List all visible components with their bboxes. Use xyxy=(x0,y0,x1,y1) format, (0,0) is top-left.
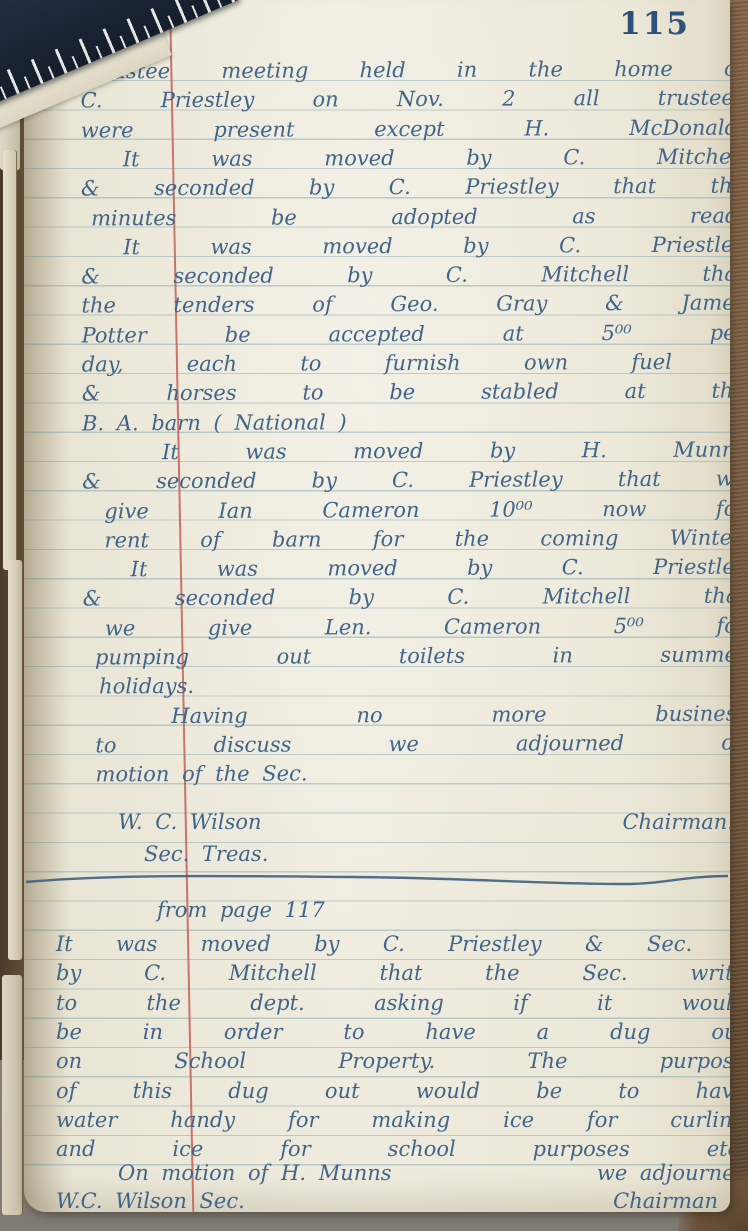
handwritten-line: B. A. barn ( National ) xyxy=(82,407,730,440)
handwritten-line: be in order to have a dug out xyxy=(56,1018,730,1048)
handwritten-line: It was moved by C. Priestley & Sec. – xyxy=(56,930,730,960)
handwritten-line: It was moved by C. Priestley xyxy=(83,553,730,586)
handwritten-line: Potter be accepted at 5⁰⁰ per xyxy=(82,319,730,352)
handwritten-line: & seconded by C. Priestley that we xyxy=(82,465,730,498)
minutes-text-block: Trustee meeting held in the home ofC. Pr… xyxy=(80,55,730,798)
chairman-signature-line: Chairman. xyxy=(622,810,730,834)
signature-row-bottom: W.C. Wilson Sec. Chairman xyxy=(56,1189,730,1212)
handwritten-line: we give Len. Cameron 5⁰⁰ for xyxy=(83,612,730,645)
handwritten-line: Having no more business xyxy=(83,700,730,733)
handwritten-line: the tenders of Geo. Gray & James xyxy=(81,289,730,322)
signature-row: W. C. Wilson Chairman. xyxy=(82,810,730,834)
page-stack-edge xyxy=(3,150,16,570)
handwritten-line: & horses to be stabled at the xyxy=(82,377,730,410)
section-divider-line xyxy=(24,862,730,894)
photo-of-minute-book: { "page": { "number": "115", "ink_color"… xyxy=(0,0,748,1231)
chairman-signature-bottom: Chairman xyxy=(613,1189,718,1212)
handwritten-line: It was moved by C. Priestley xyxy=(81,231,730,264)
handwritten-line: C. Priestley on Nov. 2 all trustees xyxy=(81,84,730,117)
secretary-signature-bottom: W.C. Wilson Sec. xyxy=(56,1189,245,1212)
secretary-signature: W. C. Wilson xyxy=(118,810,262,834)
handwritten-line: water handy for making ice for curling xyxy=(56,1106,730,1136)
handwritten-line: on School Property. The purpose xyxy=(56,1047,730,1077)
handwritten-line: It was moved by H. Munns xyxy=(82,436,730,469)
handwritten-line: motion of the Sec. xyxy=(83,758,730,791)
handwritten-line: to discuss we adjourned on xyxy=(83,729,730,762)
adjournment-motion: On motion of H. Munns xyxy=(118,1161,392,1185)
handwritten-line: holidays. xyxy=(83,670,730,703)
handwritten-line: to the dept. asking if it would xyxy=(56,989,730,1019)
handwritten-line: Trustee meeting held in the home of xyxy=(80,55,730,88)
handwritten-line: It was moved by C. Mitchell xyxy=(81,143,730,176)
handwritten-line: & seconded by C. Priestley that the xyxy=(81,172,730,205)
carryover-heading: from page 117 xyxy=(157,898,325,922)
adjournment-note: we adjourned xyxy=(597,1161,730,1185)
notebook-page: 115 Trustee meeting held in the home ofC… xyxy=(24,0,730,1212)
page-number: 115 xyxy=(619,6,690,42)
page-surface: 115 Trustee meeting held in the home ofC… xyxy=(24,0,730,1212)
handwritten-line: rent of barn for the coming Winter. xyxy=(82,524,730,557)
carryover-text-block: It was moved by C. Priestley & Sec. –by … xyxy=(56,930,730,1180)
handwritten-line: were present except H. McDonald. xyxy=(81,114,730,147)
handwritten-line: minutes be adopted as read. xyxy=(81,202,730,235)
handwritten-line: day, each to furnish own fuel – xyxy=(82,348,730,381)
handwritten-line: pumping out toilets in summer xyxy=(83,641,730,674)
handwritten-line: & seconded by C. Mitchell that xyxy=(81,260,730,293)
handwritten-line: give Ian Cameron 10⁰⁰ now for xyxy=(82,495,730,528)
handwritten-line: & seconded by C. Mitchell that xyxy=(83,582,730,615)
adjournment-row: On motion of H. Munns we adjourned xyxy=(56,1161,730,1185)
handwritten-line: by C. Mitchell that the Sec. write xyxy=(56,959,730,989)
handwritten-line: of this dug out would be to have xyxy=(56,1077,730,1107)
page-stack-edge xyxy=(8,560,22,960)
page-stack-edge xyxy=(2,975,22,1215)
